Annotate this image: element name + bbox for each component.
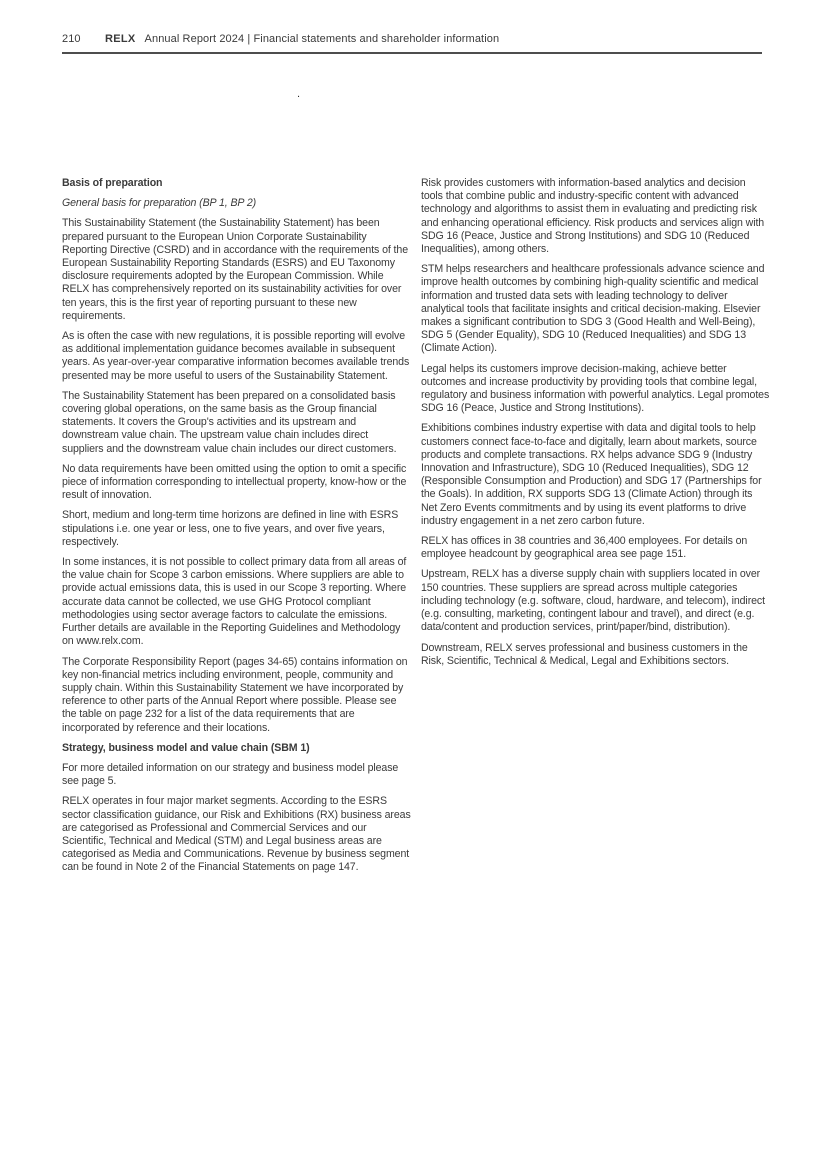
paragraph: Upstream, RELX has a diverse supply chai…	[421, 568, 770, 634]
paragraph: STM helps researchers and healthcare pro…	[421, 263, 770, 355]
subheading-general-basis: General basis for preparation (BP 1, BP …	[62, 197, 411, 210]
paragraph: For more detailed information on our str…	[62, 762, 411, 788]
paragraph: The Sustainability Statement has been pr…	[62, 390, 411, 456]
brand-logo-text: RELX	[105, 33, 136, 45]
stray-mark: .	[297, 88, 300, 100]
page-header: 210 RELX Annual Report 2024 | Financial …	[62, 33, 762, 62]
paragraph: In some instances, it is not possible to…	[62, 556, 411, 648]
body-columns: Basis of preparation General basis for p…	[62, 177, 770, 882]
paragraph: As is often the case with new regulation…	[62, 330, 411, 383]
header-row: 210 RELX Annual Report 2024 | Financial …	[62, 33, 762, 45]
right-column: Risk provides customers with information…	[421, 177, 770, 882]
page-number: 210	[62, 33, 105, 45]
paragraph: RELX has offices in 38 countries and 36,…	[421, 535, 770, 561]
paragraph: RELX operates in four major market segme…	[62, 795, 411, 874]
section-heading-basis-of-preparation: Basis of preparation	[62, 177, 411, 190]
paragraph: Legal helps its customers improve decisi…	[421, 363, 770, 416]
section-heading-strategy-business-model: Strategy, business model and value chain…	[62, 742, 411, 755]
header-title: Annual Report 2024 | Financial statement…	[145, 33, 500, 45]
paragraph: Exhibitions combines industry expertise …	[421, 422, 770, 528]
header-divider	[62, 52, 762, 54]
paragraph: No data requirements have been omitted u…	[62, 463, 411, 503]
paragraph: This Sustainability Statement (the Susta…	[62, 217, 411, 323]
paragraph: Short, medium and long-term time horizon…	[62, 509, 411, 549]
paragraph: Risk provides customers with information…	[421, 177, 770, 256]
paragraph: Downstream, RELX serves professional and…	[421, 642, 770, 668]
left-column: Basis of preparation General basis for p…	[62, 177, 411, 882]
document-page: 210 RELX Annual Report 2024 | Financial …	[0, 0, 825, 1168]
paragraph: The Corporate Responsibility Report (pag…	[62, 656, 411, 735]
